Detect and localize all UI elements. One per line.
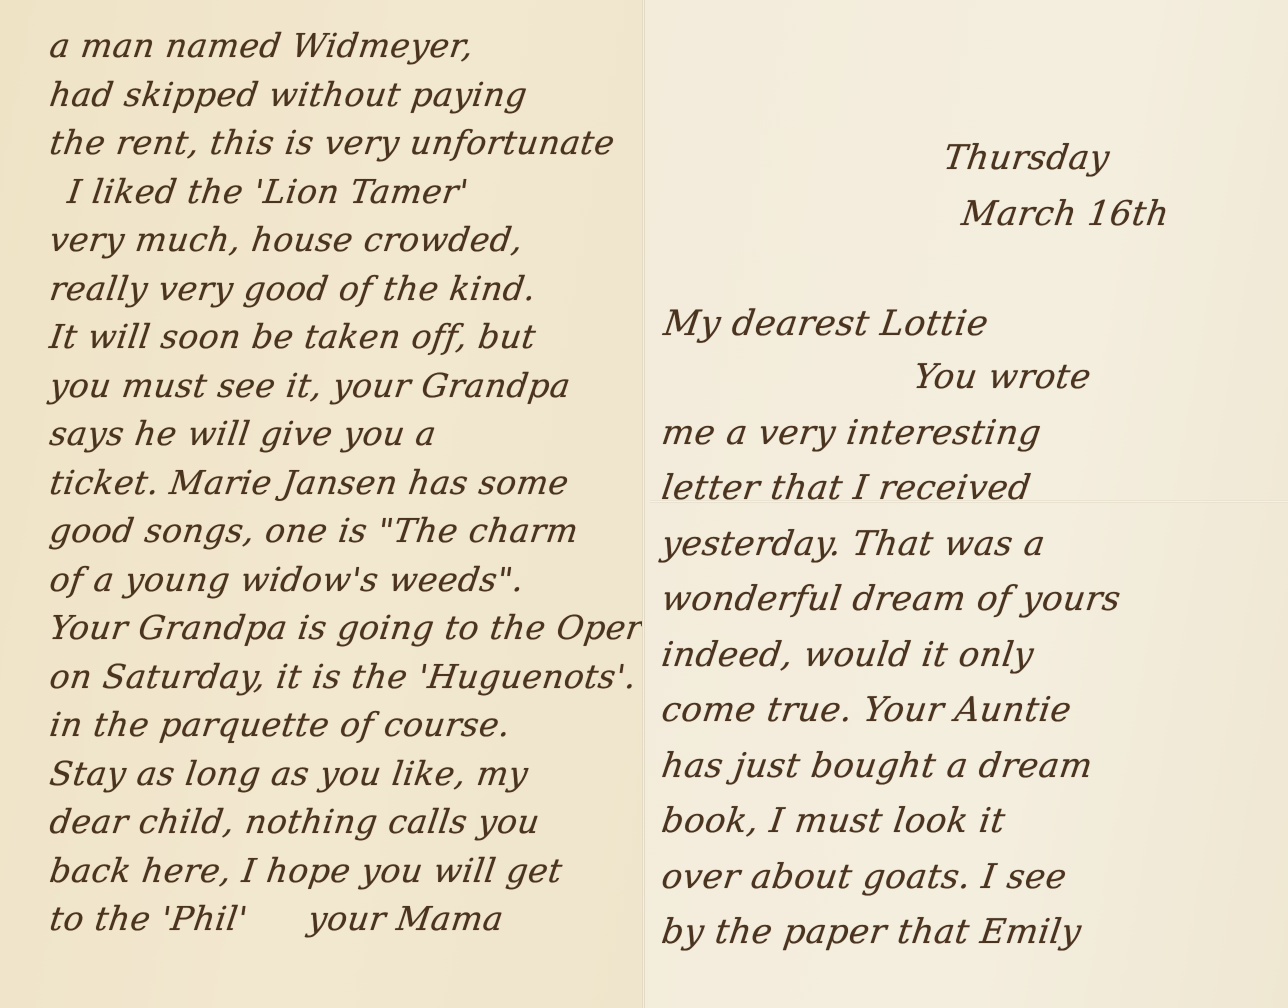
letter-line: letter that I received xyxy=(658,461,1124,517)
letter-line: yesterday. That was a xyxy=(658,517,1124,573)
letter-line: me a very interesting xyxy=(658,406,1124,462)
letter-line: has just bought a dream xyxy=(658,739,1124,795)
right-page: Thursday March 16th My dearest Lottie Yo… xyxy=(644,0,1288,1008)
letter-line: ticket. Marie Jansen has some xyxy=(47,459,648,508)
letter-line: really very good of the kind. xyxy=(47,265,648,314)
horizontal-fold xyxy=(650,500,1288,503)
letter-line: wonderful dream of yours xyxy=(658,572,1124,628)
letter-line: on Saturday, it is the 'Huguenots'. xyxy=(47,653,648,702)
letter-scan: a man named Widmeyer, had skipped withou… xyxy=(0,0,1288,1008)
letter-line: a man named Widmeyer, xyxy=(47,22,648,71)
letter-line: come true. Your Auntie xyxy=(658,683,1124,739)
letter-line: book, I must look it xyxy=(658,794,1124,850)
letter-line: back here, I hope you will get xyxy=(47,847,648,896)
right-body: You wrote me a very interesting letter t… xyxy=(662,350,1120,961)
letter-line: you must see it, your Grandpa xyxy=(47,362,648,411)
letter-line: I liked the 'Lion Tamer' xyxy=(47,168,648,217)
center-fold xyxy=(642,0,645,1008)
letter-line: says he will give you a xyxy=(47,410,648,459)
letter-line: of a young widow's weeds". xyxy=(47,556,648,605)
letter-line: You wrote xyxy=(658,350,1124,406)
salutation-text: My dearest Lottie xyxy=(661,300,992,349)
letter-line: in the parquette of course. xyxy=(47,701,648,750)
signoff: your Mama xyxy=(256,899,506,938)
letter-line: good songs, one is "The charm xyxy=(47,507,648,556)
letter-line: by the paper that Emily xyxy=(658,905,1124,961)
letter-line: Stay as long as you like, my xyxy=(47,750,648,799)
letter-line-text: to the 'Phil' xyxy=(47,899,250,938)
date-block: Thursday March 16th xyxy=(944,130,1169,242)
letter-line: dear child, nothing calls you xyxy=(47,798,648,847)
salutation: My dearest Lottie xyxy=(664,300,988,349)
letter-line: It will soon be taken off, but xyxy=(47,313,648,362)
letter-line: indeed, would it only xyxy=(658,628,1124,684)
left-page: a man named Widmeyer, had skipped withou… xyxy=(0,0,644,1008)
letter-line: Your Grandpa is going to the Opera xyxy=(47,604,648,653)
letter-line: over about goats. I see xyxy=(658,850,1124,906)
letter-line: had skipped without paying xyxy=(47,71,648,120)
letter-line: very much, house crowded, xyxy=(47,216,648,265)
letter-last-line: to the 'Phil' your Mama xyxy=(47,895,648,944)
date-weekday: Thursday xyxy=(940,130,1173,186)
date-month-day: March 16th xyxy=(958,186,1173,242)
letter-line: the rent, this is very unfortunate xyxy=(47,119,648,168)
